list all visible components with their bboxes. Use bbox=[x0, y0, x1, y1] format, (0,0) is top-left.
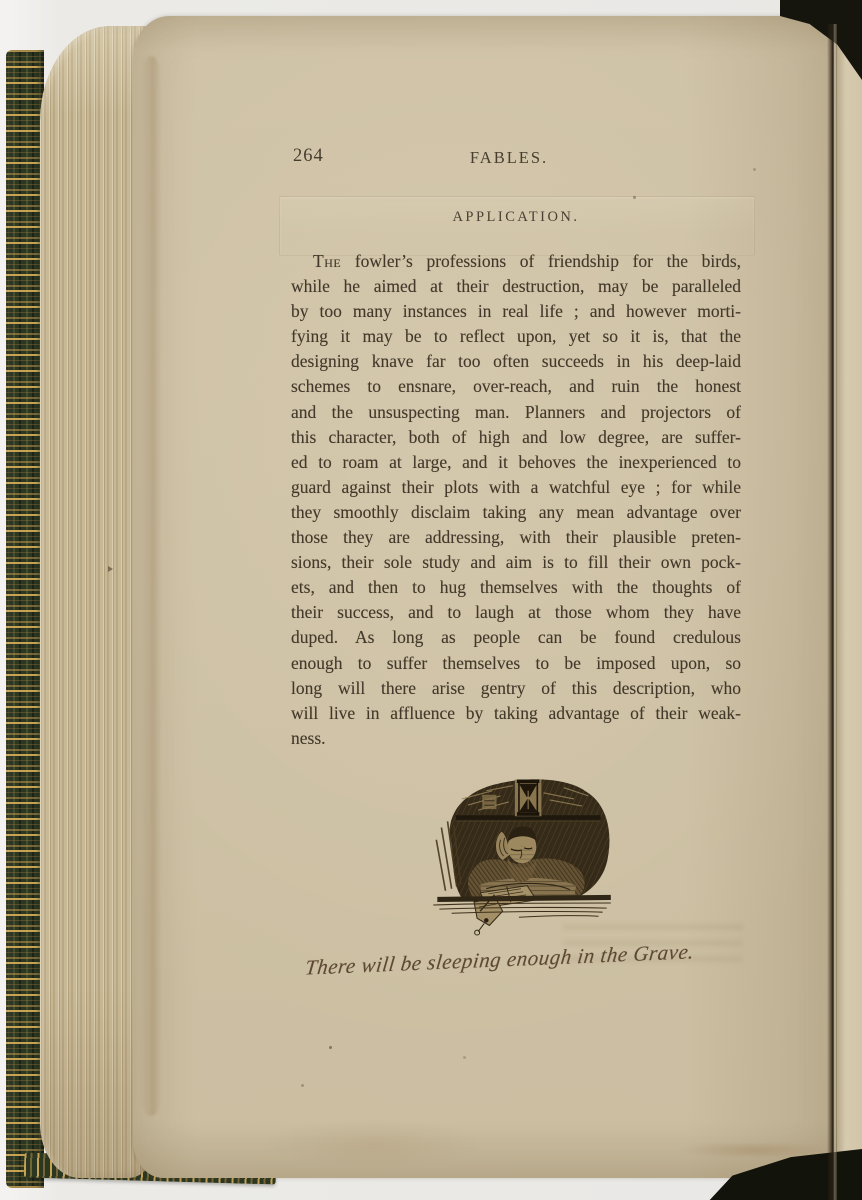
page-gutter-shadow bbox=[827, 24, 837, 1200]
water-stain-left bbox=[141, 56, 161, 1116]
engraving-man-asleep-at-desk-with-hourglass bbox=[421, 768, 621, 938]
body-text-line: will live in affluence by taking advanta… bbox=[291, 701, 741, 726]
paper-speck bbox=[329, 1046, 332, 1049]
body-text: The fowler’s professions of friendship f… bbox=[291, 249, 741, 751]
body-text-line: The fowler’s professions of friendship f… bbox=[291, 249, 741, 274]
paper-speck bbox=[301, 1084, 304, 1087]
edge-mark bbox=[108, 566, 113, 572]
water-stain-bottom bbox=[673, 1144, 833, 1156]
body-text-line: duped. As long as people can be found cr… bbox=[291, 625, 741, 650]
printed-text-block: 264 FABLES. APPLICATION. The fowler’s pr… bbox=[291, 16, 741, 751]
page-number: 264 bbox=[293, 146, 324, 167]
body-text-line: by too many instances in real life ; and… bbox=[291, 299, 741, 324]
body-text-line: long will there arise gentry of this des… bbox=[291, 676, 741, 701]
stain-bottom-left bbox=[253, 1111, 553, 1166]
running-title: FABLES. bbox=[470, 148, 548, 168]
book-cover-spine bbox=[6, 50, 44, 1188]
page-header: 264 FABLES. bbox=[291, 148, 741, 172]
book-page: 264 FABLES. APPLICATION. The fowler’s pr… bbox=[133, 16, 839, 1178]
body-text-line: sions, their sole study and aim is to fi… bbox=[291, 550, 741, 575]
body-text-line: while he aimed at their destruction, may… bbox=[291, 274, 741, 299]
section-heading: APPLICATION. bbox=[291, 209, 741, 226]
body-text-line: designing knave far too often succeeds i… bbox=[291, 349, 741, 374]
adjacent-page-edge bbox=[837, 0, 862, 1200]
body-text-line: those they are addressing, with their pl… bbox=[291, 525, 741, 550]
body-text-line: this character, both of high and low deg… bbox=[291, 425, 741, 450]
paper-speck bbox=[753, 168, 756, 171]
body-text-line: fying it may be to reflect upon, yet so … bbox=[291, 324, 741, 349]
body-text-line: schemes to ensnare, over-reach, and ruin… bbox=[291, 374, 741, 399]
body-text-line: ed to roam at large, and it behoves the … bbox=[291, 450, 741, 475]
body-text-line: ets, and then to hug themselves with the… bbox=[291, 575, 741, 600]
body-text-line: guard against their plots with a watchfu… bbox=[291, 475, 741, 500]
body-text-line: and the unsuspecting man. Planners and p… bbox=[291, 400, 741, 425]
scanned-book-photo: 264 FABLES. APPLICATION. The fowler’s pr… bbox=[0, 0, 862, 1200]
body-text-line: they smoothly disclaim taking any mean a… bbox=[291, 500, 741, 525]
handwritten-caption: There will be sleeping enough in the Gra… bbox=[304, 936, 767, 980]
body-text-line: ness. bbox=[291, 726, 741, 751]
body-text-line: enough to suffer themselves to be impose… bbox=[291, 651, 741, 676]
paper-speck bbox=[463, 1056, 466, 1059]
body-text-line: their success, and to laugh at those who… bbox=[291, 600, 741, 625]
